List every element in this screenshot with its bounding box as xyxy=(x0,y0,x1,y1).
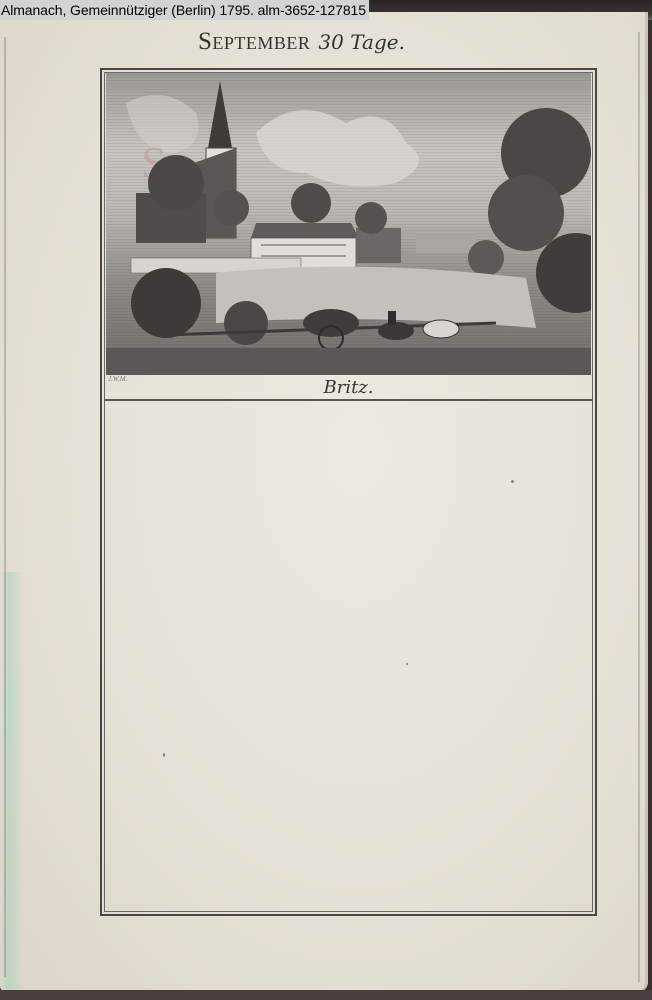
bottom-scan-edge xyxy=(0,990,652,1000)
engraving-illustration: S xyxy=(106,73,591,375)
month-name: September xyxy=(198,28,310,55)
village-scene-icon: S xyxy=(106,73,591,375)
caption-divider xyxy=(104,399,593,401)
month-day-count: 30 Tage. xyxy=(318,30,405,54)
month-header: September 30 Tage. xyxy=(198,28,498,56)
paper-speck xyxy=(511,480,514,483)
page-right-fold xyxy=(638,32,640,982)
image-caption-bar: Almanach, Gemeinnütziger (Berlin) 1795. … xyxy=(0,0,369,20)
paper-speck xyxy=(163,753,165,757)
blank-notes-area xyxy=(106,403,591,909)
paper-speck xyxy=(406,663,408,665)
page-left-fold xyxy=(4,37,6,977)
illustration-caption: Britz. xyxy=(106,377,591,398)
